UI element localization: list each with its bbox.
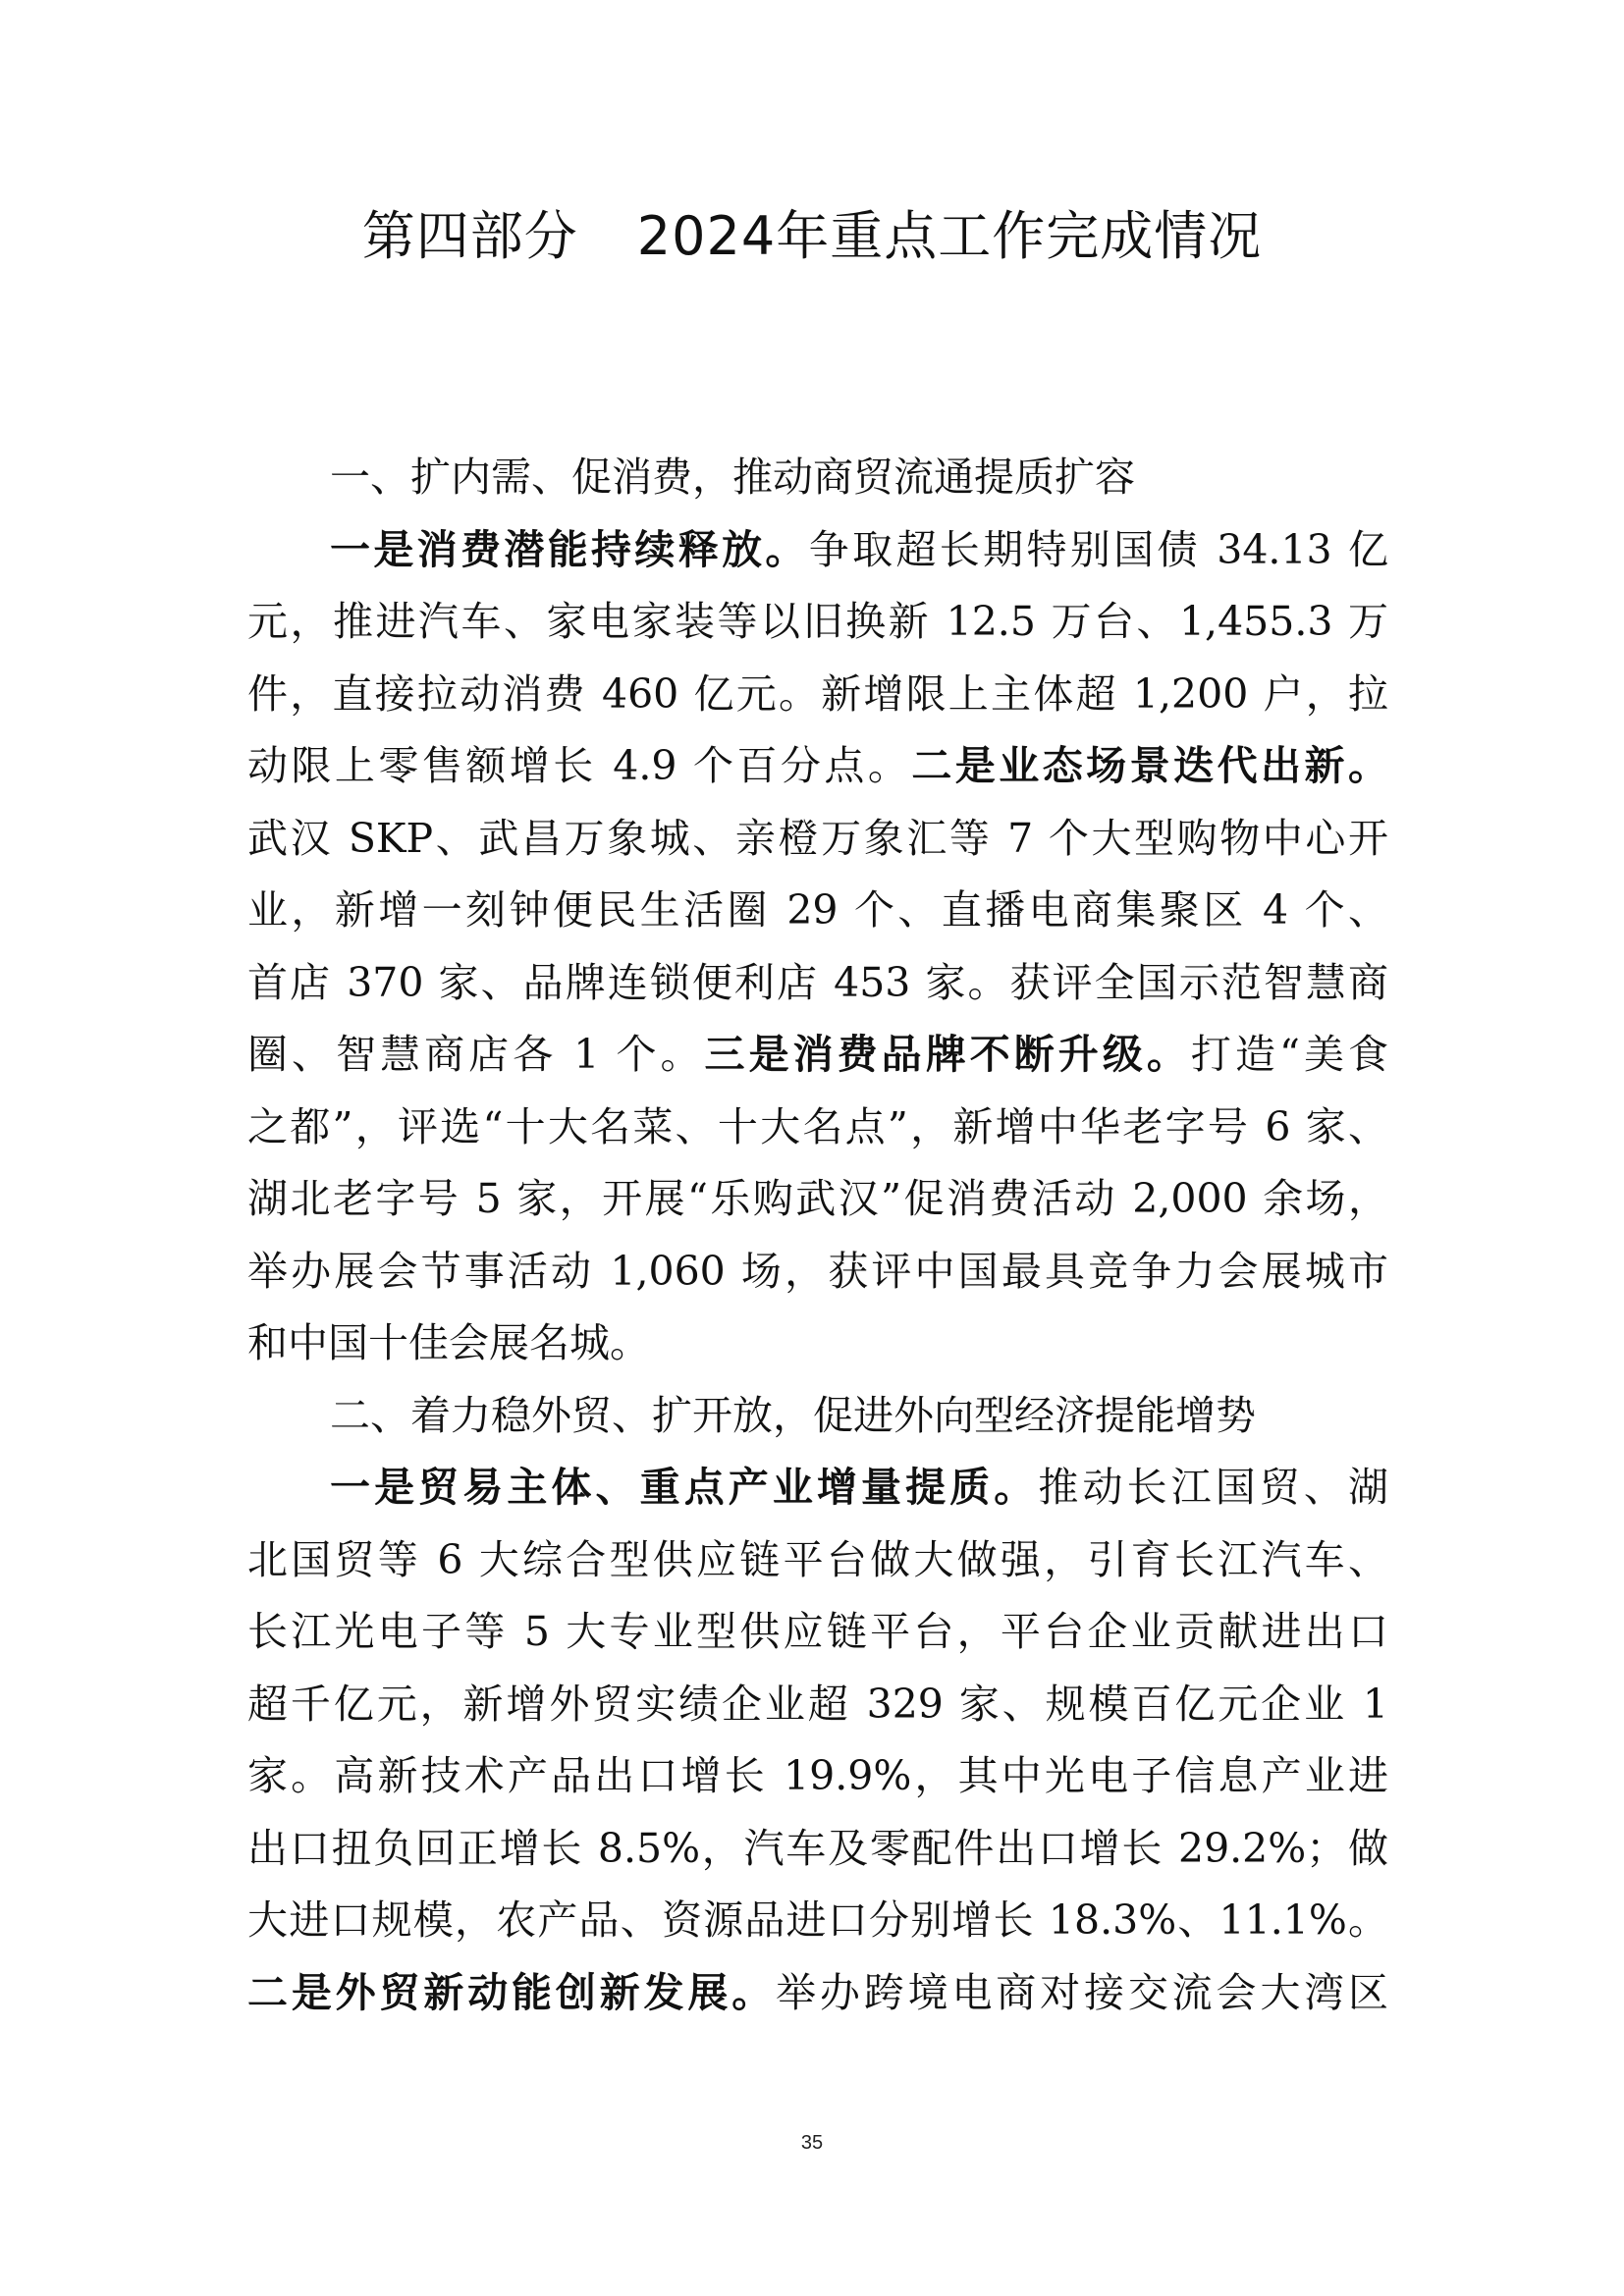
paragraph-line: 业，新增一刻钟便民生活圈 29 个、直播电商集聚区 4 个、: [247, 875, 1388, 947]
paragraph-line: 武汉 SKP、武昌万象城、亲橙万象汇等 7 个大型购物中心开: [247, 803, 1388, 876]
paragraph-line: 动限上零售额增长 4.9 个百分点。二是业态场景迭代出新。: [247, 730, 1388, 803]
bold-lead: 一是贸易主体、重点产业增量提质。: [330, 1464, 1038, 1511]
paragraph-line: 之都”，评选“十大名菜、十大名点”，新增中华老字号 6 家、: [247, 1092, 1388, 1164]
paragraph-line: 二是外贸新动能创新发展。举办跨境电商对接交流会大湾区: [247, 1957, 1388, 2030]
paragraph-line: 超千亿元，新增外贸实绩企业超 329 家、规模百亿元企业 1: [247, 1669, 1388, 1741]
bold-lead: 三是消费品牌不断升级。: [705, 1031, 1191, 1078]
page-number: 35: [0, 2132, 1624, 2155]
bold-lead: 二是外贸新动能创新发展。: [247, 1969, 776, 2016]
paragraph-line: 和中国十佳会展名城。: [247, 1308, 1388, 1380]
section-heading-2: 二、着力稳外贸、扩开放，促进外向型经济提能增势: [247, 1380, 1388, 1453]
title-main: 2024年重点工作完成情况: [637, 205, 1262, 267]
paragraph-line: 湖北老字号 5 家，开展“乐购武汉”促消费活动 2,000 余场，: [247, 1163, 1388, 1236]
bold-lead: 二是业态场景迭代出新。: [911, 742, 1388, 789]
section-heading-1: 一、扩内需、促消费，推动商贸流通提质扩容: [247, 442, 1388, 514]
page-title: 第四部分2024年重点工作完成情况: [0, 202, 1624, 271]
paragraph-line: 圈、智慧商店各 1 个。三是消费品牌不断升级。打造“美食: [247, 1019, 1388, 1092]
paragraph-line: 大进口规模，农产品、资源品进口分别增长 18.3%、11.1%。: [247, 1885, 1388, 1957]
paragraph-line: 家。高新技术产品出口增长 19.9%，其中光电子信息产业进: [247, 1740, 1388, 1813]
paragraph-line: 长江光电子等 5 大专业型供应链平台，平台企业贡献进出口: [247, 1596, 1388, 1669]
paragraph-line: 件，直接拉动消费 460 亿元。新增限上主体超 1,200 户，拉: [247, 659, 1388, 731]
paragraph-line: 一是贸易主体、重点产业增量提质。推动长江国贸、湖: [247, 1452, 1388, 1524]
paragraph-line: 北国贸等 6 大综合型供应链平台做大做强，引育长江汽车、: [247, 1524, 1388, 1597]
document-body: 一、扩内需、促消费，推动商贸流通提质扩容 一是消费潜能持续释放。争取超长期特别国…: [247, 442, 1388, 2029]
paragraph-line: 元，推进汽车、家电家装等以旧换新 12.5 万台、1,455.3 万: [247, 586, 1388, 659]
paragraph-line: 首店 370 家、品牌连锁便利店 453 家。获评全国示范智慧商: [247, 947, 1388, 1020]
bold-lead: 一是消费潜能持续释放。: [330, 526, 809, 573]
paragraph-line: 出口扭负回正增长 8.5%，汽车及零配件出口增长 29.2%；做: [247, 1813, 1388, 1886]
title-part: 第四部分: [362, 205, 578, 267]
paragraph-line: 举办展会节事活动 1,060 场，获评中国最具竞争力会展城市: [247, 1236, 1388, 1308]
document-page: 第四部分2024年重点工作完成情况 一、扩内需、促消费，推动商贸流通提质扩容 一…: [0, 0, 1624, 2296]
paragraph-line: 一是消费潜能持续释放。争取超长期特别国债 34.13 亿: [247, 514, 1388, 587]
